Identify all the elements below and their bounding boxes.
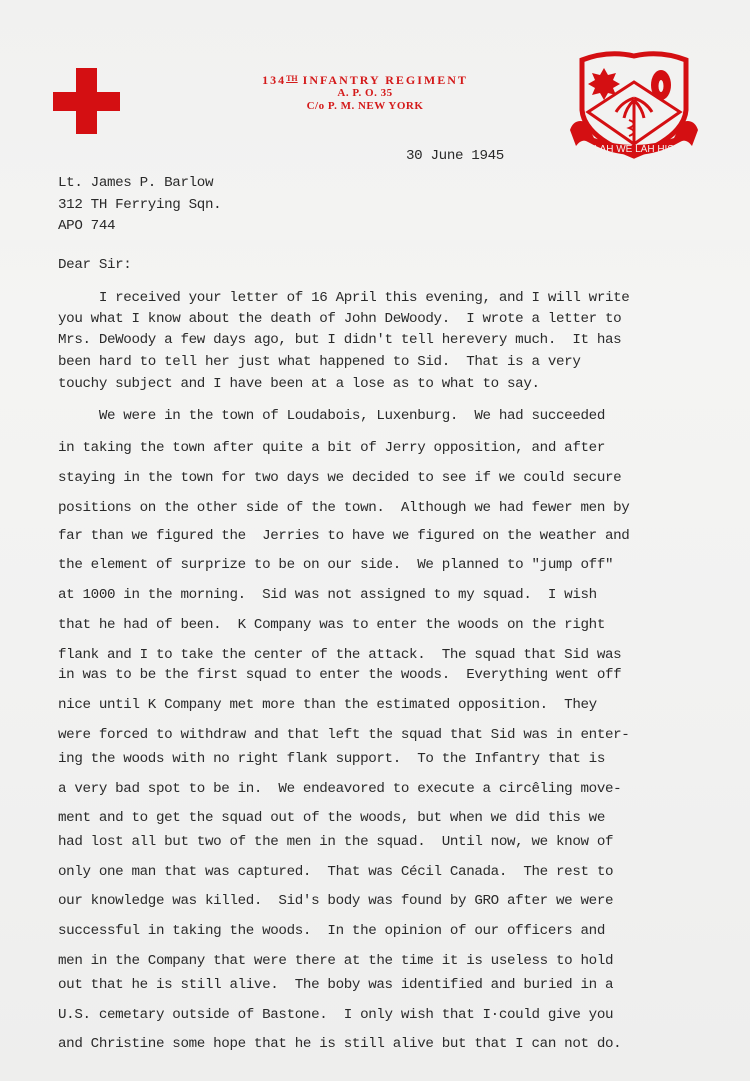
body-line: had lost all but two of the men in the s… xyxy=(58,834,613,850)
letterhead-care-of: C/o P. M. NEW YORK xyxy=(230,100,500,113)
letterhead-unit: 134TH INFANTRY REGIMENT xyxy=(230,72,500,87)
red-cross-icon xyxy=(53,68,120,134)
body-line: flank and I to take the center of the at… xyxy=(58,647,621,663)
letterhead: 134TH INFANTRY REGIMENT A. P. O. 35 C/o … xyxy=(230,72,500,113)
body-line: Mrs. DeWoody a few days ago, but I didn'… xyxy=(58,332,621,348)
body-line: out that he is still alive. The boby was… xyxy=(58,977,613,993)
body-line: only one man that was captured. That was… xyxy=(58,864,613,880)
regimental-crest-icon: LAH WE LAH HIS xyxy=(568,48,700,166)
body-line: far than we figured the Jerries to have … xyxy=(58,528,629,544)
recipient-unit: 312 TH Ferrying Sqn. xyxy=(58,197,221,213)
body-line: ment and to get the squad out of the woo… xyxy=(58,810,605,826)
salutation: Dear Sir: xyxy=(58,257,131,273)
body-line: touchy subject and I have been at a lose… xyxy=(58,376,540,392)
body-line: I received your letter of 16 April this … xyxy=(58,290,629,306)
letter-page: 134TH INFANTRY REGIMENT A. P. O. 35 C/o … xyxy=(0,0,750,1081)
body-line: at 1000 in the morning. Sid was not assi… xyxy=(58,587,597,603)
body-line: in was to be the first squad to enter th… xyxy=(58,667,621,683)
body-line: We were in the town of Loudabois, Luxenb… xyxy=(58,408,605,424)
recipient-apo: APO 744 xyxy=(58,218,115,234)
body-line: that he had of been. K Company was to en… xyxy=(58,617,605,633)
body-line: positions on the other side of the town.… xyxy=(58,500,629,516)
letter-date: 30 June 1945 xyxy=(406,148,504,164)
body-line: staying in the town for two days we deci… xyxy=(58,470,621,486)
body-line: you what I know about the death of John … xyxy=(58,311,621,327)
body-line: successful in taking the woods. In the o… xyxy=(58,923,605,939)
recipient-name: Lt. James P. Barlow xyxy=(58,175,213,191)
body-line: and Christine some hope that he is still… xyxy=(58,1036,621,1052)
body-line: were forced to withdraw and that left th… xyxy=(58,727,629,743)
body-line: been hard to tell her just what happened… xyxy=(58,354,581,370)
body-line: our knowledge was killed. Sid's body was… xyxy=(58,893,613,909)
body-line: men in the Company that were there at th… xyxy=(58,953,613,969)
body-line: U.S. cemetary outside of Bastone. I only… xyxy=(58,1007,613,1023)
body-line: ing the woods with no right flank suppor… xyxy=(58,751,605,767)
crest-motto: LAH WE LAH HIS xyxy=(594,144,674,155)
body-line: the element of surprize to be on our sid… xyxy=(58,557,613,573)
letterhead-apo: A. P. O. 35 xyxy=(230,87,500,100)
body-line: in taking the town after quite a bit of … xyxy=(58,440,605,456)
body-line: a very bad spot to be in. We endeavored … xyxy=(58,781,621,797)
body-line: nice until K Company met more than the e… xyxy=(58,697,597,713)
